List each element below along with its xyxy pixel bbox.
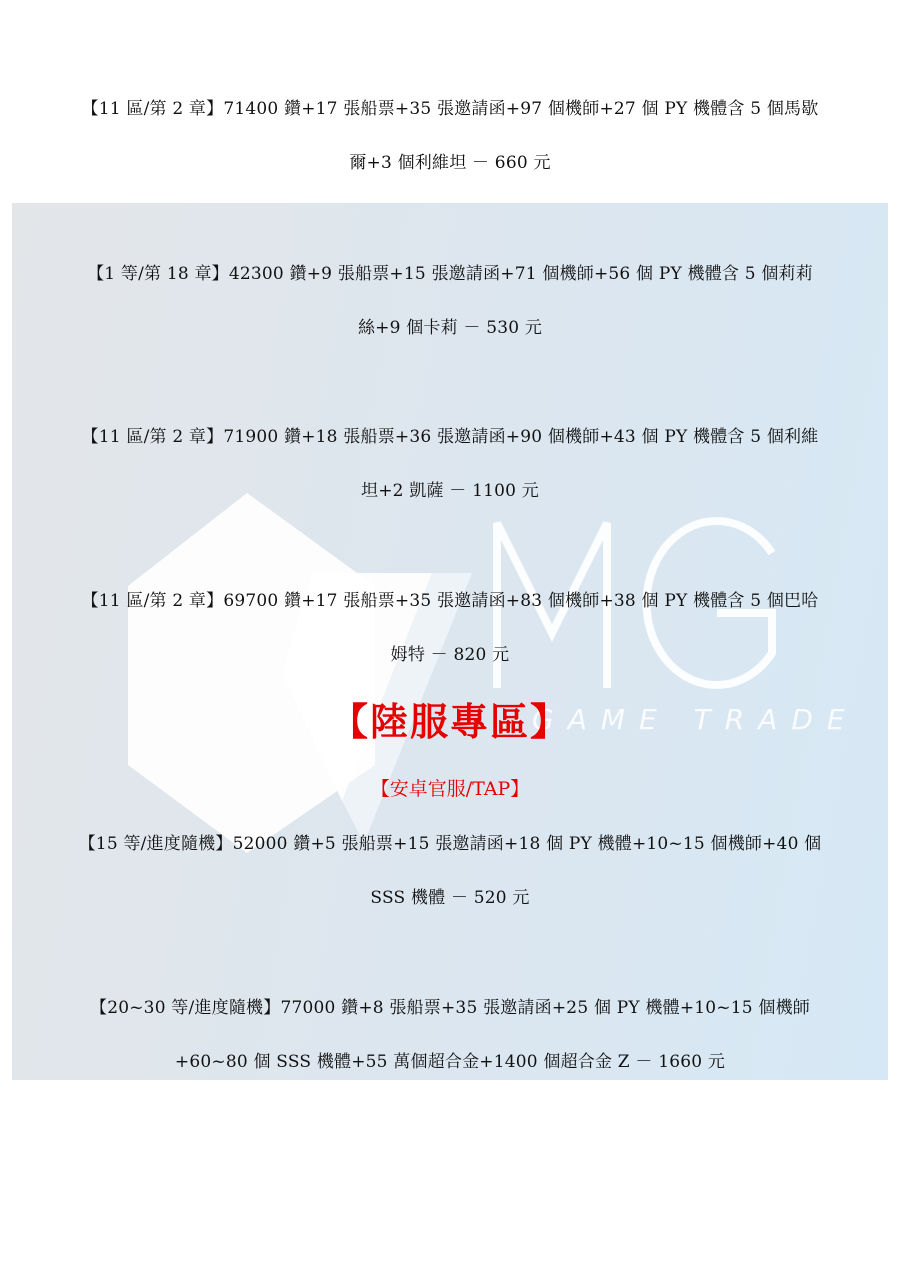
listing-6-line-1: 【20~30 等/進度隨機】77000 鑽+8 張船票+35 張邀請函+25 個… bbox=[0, 998, 900, 1018]
section-title-cn-server: 【陸服專區】 bbox=[0, 700, 900, 744]
listing-1-line-1: 【11 區/第 2 章】71400 鑽+17 張船票+35 張邀請函+97 個機… bbox=[0, 99, 900, 119]
listing-5-line-1: 【15 等/進度隨機】52000 鑽+5 張船票+15 張邀請函+18 個 PY… bbox=[0, 834, 900, 854]
listing-2-line-2: 絲+9 個卡莉 － 530 元 bbox=[0, 318, 900, 338]
listing-6-line-2: +60~80 個 SSS 機體+55 萬個超合金+1400 個超合金 Z － 1… bbox=[0, 1052, 900, 1072]
listing-3-line-1: 【11 區/第 2 章】71900 鑽+18 張船票+36 張邀請函+90 個機… bbox=[0, 427, 900, 447]
listing-3-line-2: 坦+2 凱薩 － 1100 元 bbox=[0, 481, 900, 501]
listing-1-line-2: 爾+3 個利維坦 － 660 元 bbox=[0, 153, 900, 173]
listing-4-line-2: 姆特 － 820 元 bbox=[0, 645, 900, 665]
section-subtitle-android-tap: 【安卓官服/TAP】 bbox=[0, 778, 900, 800]
listing-5-line-2: SSS 機體 － 520 元 bbox=[0, 888, 900, 908]
listing-2-line-1: 【1 等/第 18 章】42300 鑽+9 張船票+15 張邀請函+71 個機師… bbox=[0, 264, 900, 284]
listing-4-line-1: 【11 區/第 2 章】69700 鑽+17 張船票+35 張邀請函+83 個機… bbox=[0, 591, 900, 611]
